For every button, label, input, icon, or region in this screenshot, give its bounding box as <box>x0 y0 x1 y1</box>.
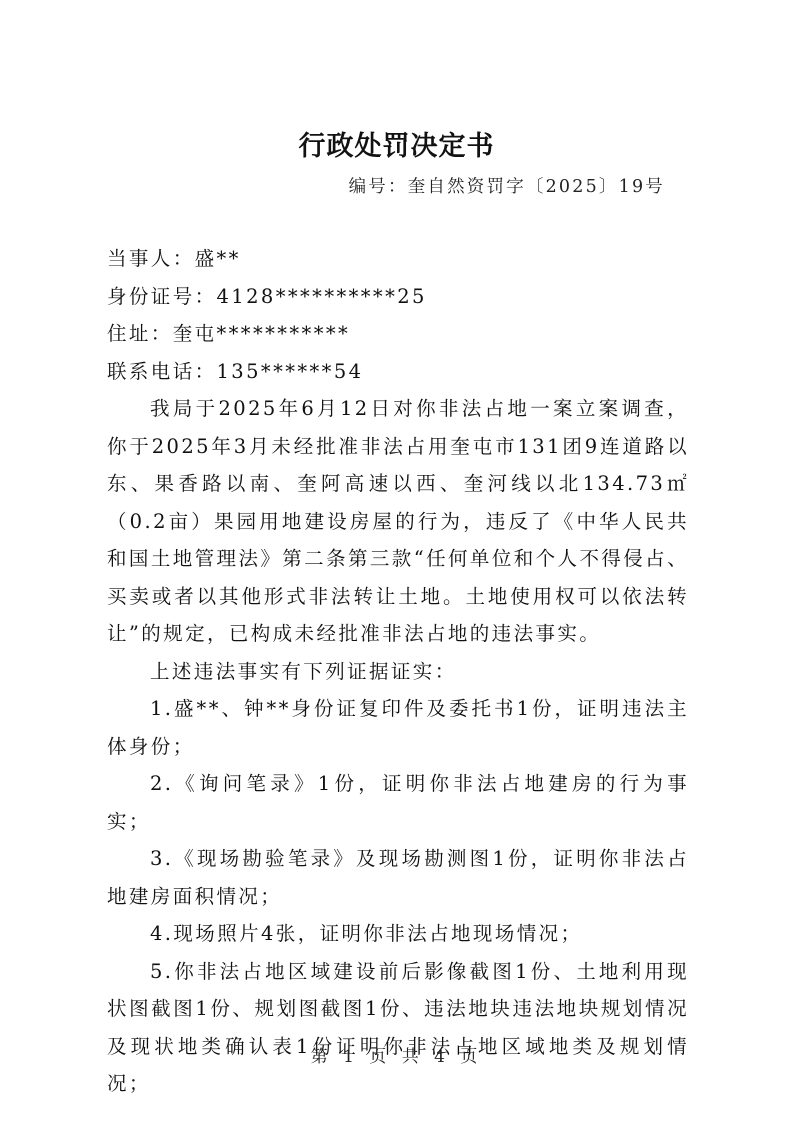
document-number: 编号：奎自然资罚字〔2025〕19号 <box>349 173 665 198</box>
evidence-item-3: 3.《现场勘验笔录》及现场勘测图1份，证明你非法占地建房面积情况； <box>107 840 689 915</box>
document-page: 行政处罚决定书 编号：奎自然资罚字〔2025〕19号 当事人：盛** 身份证号：… <box>0 0 793 1122</box>
evidence-item-2: 2.《询问笔录》1份，证明你非法占地建房的行为事实； <box>107 765 689 840</box>
page-number-footer: 第 1 页 共 4 页 <box>0 1042 793 1067</box>
party-id-number: 身份证号：4128**********25 <box>107 278 689 316</box>
document-title: 行政处罚决定书 <box>0 124 793 163</box>
facts-paragraph: 我局于2025年6月12日对你非法占地一案立案调查，你于2025年3月未经批准非… <box>107 390 689 653</box>
evidence-item-1: 1.盛**、钟**身份证复印件及委托书1份，证明违法主体身份； <box>107 690 689 765</box>
party-name: 当事人：盛** <box>107 240 689 278</box>
document-body: 当事人：盛** 身份证号：4128**********25 住址：奎屯*****… <box>107 240 689 1103</box>
party-phone: 联系电话：135******54 <box>107 353 689 391</box>
evidence-item-5: 5.你非法占地区域建设前后影像截图1份、土地利用现状图截图1份、规划图截图1份、… <box>107 953 689 1103</box>
party-address: 住址：奎屯*********** <box>107 315 689 353</box>
evidence-intro: 上述违法事实有下列证据证实： <box>107 653 689 691</box>
evidence-item-4: 4.现场照片4张，证明你非法占地现场情况； <box>107 915 689 953</box>
